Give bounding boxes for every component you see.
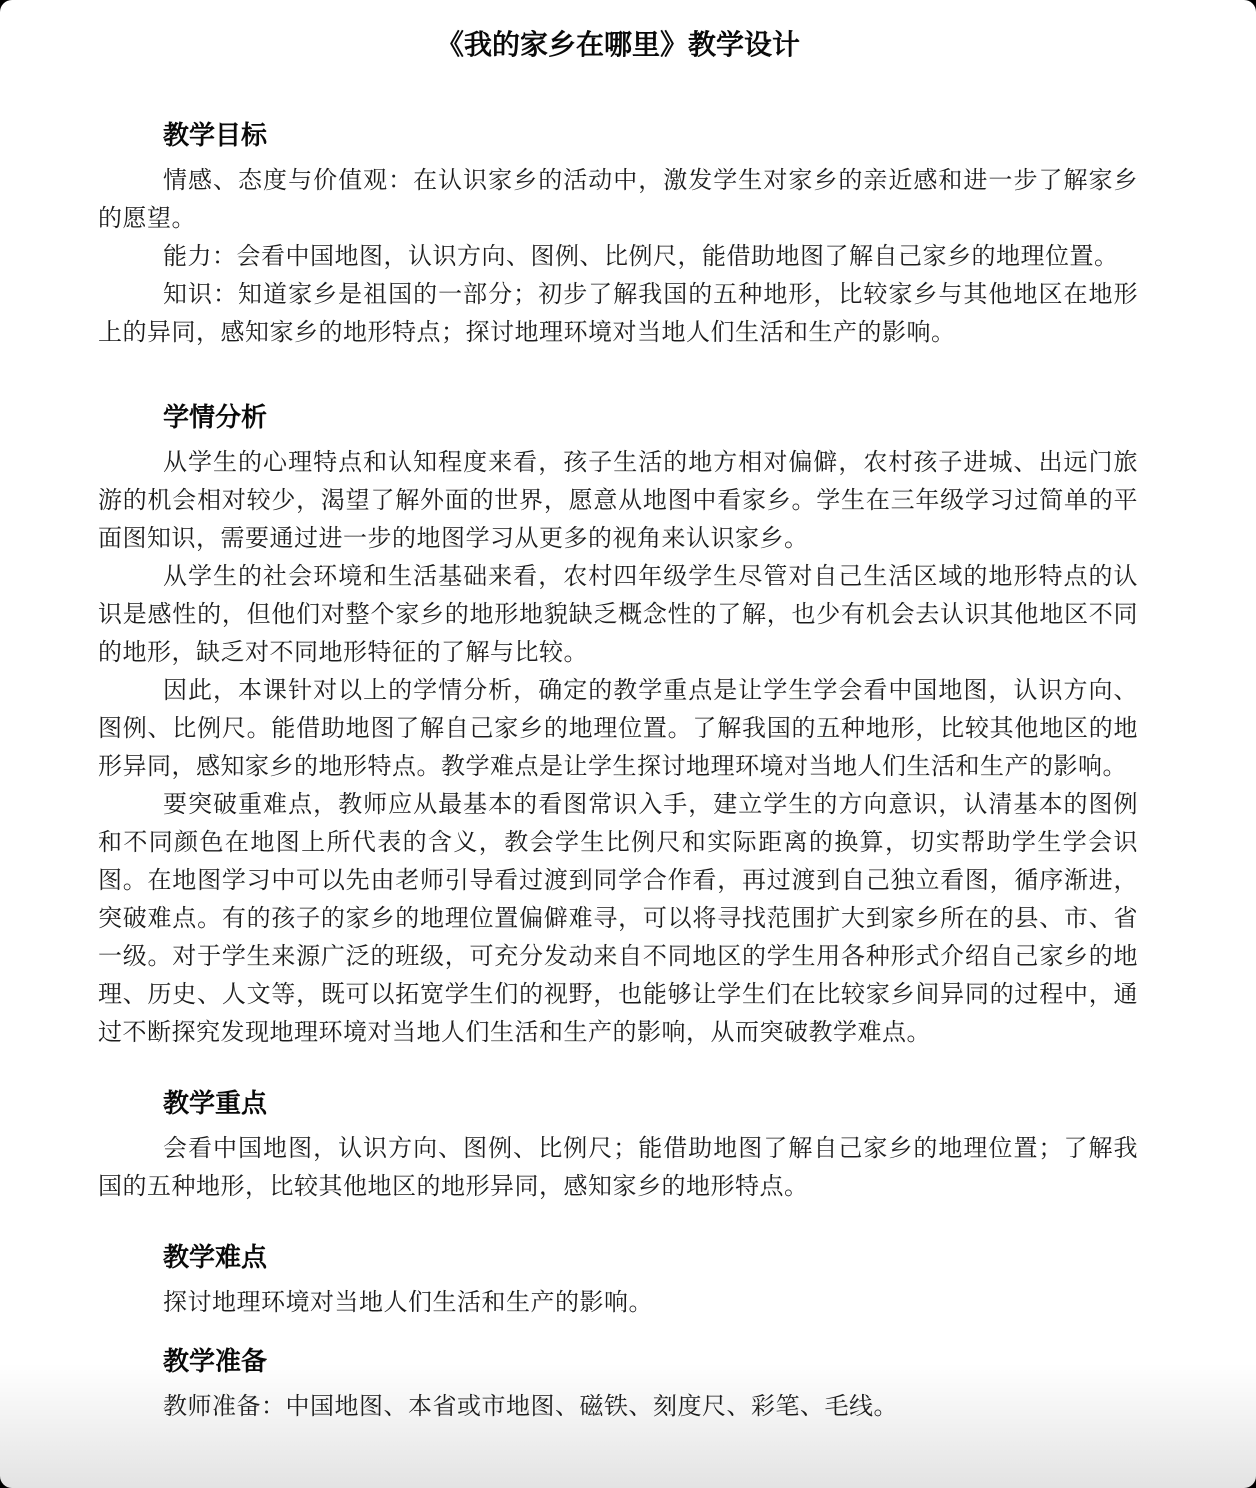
section-teaching-difficulties: 教学难点 探讨地理环境对当地人们生活和生产的影响。 [98,1238,1138,1322]
section-heading-teaching-key-points: 教学重点 [98,1084,1138,1122]
paragraph-key-points: 会看中国地图，认识方向、图例、比例尺；能借助地图了解自己家乡的地理位置；了解我国… [98,1130,1138,1206]
section-heading-learner-analysis: 学情分析 [98,398,1138,436]
document-title: 《我的家乡在哪里》教学设计 [98,26,1138,66]
section-teaching-objectives: 教学目标 情感、态度与价值观：在认识家乡的活动中，激发学生对家乡的亲近感和进一步… [98,116,1138,352]
section-heading-teaching-objectives: 教学目标 [98,116,1138,154]
paragraph-social-environment: 从学生的社会环境和生活基础来看，农村四年级学生尽管对自己生活区域的地形特点的认识… [98,558,1138,672]
paragraph-emotion-attitude-values: 情感、态度与价值观：在认识家乡的活动中，激发学生对家乡的亲近感和进一步了解家乡的… [98,162,1138,238]
paragraph-difficulties: 探讨地理环境对当地人们生活和生产的影响。 [98,1284,1138,1322]
document-page: 《我的家乡在哪里》教学设计 教学目标 情感、态度与价值观：在认识家乡的活动中，激… [0,0,1256,1488]
section-learner-analysis: 学情分析 从学生的心理特点和认知程度来看，孩子生活的地方相对偏僻，农村孩子进城、… [98,398,1138,1052]
section-heading-teaching-preparation: 教学准备 [98,1342,1138,1380]
paragraph-knowledge: 知识：知道家乡是祖国的一部分；初步了解我国的五种地形，比较家乡与其他地区在地形上… [98,276,1138,352]
paragraph-psychological-traits: 从学生的心理特点和认知程度来看，孩子生活的地方相对偏僻，农村孩子进城、出远门旅游… [98,444,1138,558]
paragraph-breakthrough-strategy: 要突破重难点，教师应从最基本的看图常识入手，建立学生的方向意识，认清基本的图例和… [98,786,1138,1052]
paragraph-teacher-preparation: 教师准备：中国地图、本省或市地图、磁铁、刻度尺、彩笔、毛线。 [98,1388,1138,1426]
section-teaching-key-points: 教学重点 会看中国地图，认识方向、图例、比例尺；能借助地图了解自己家乡的地理位置… [98,1084,1138,1206]
section-teaching-preparation: 教学准备 教师准备：中国地图、本省或市地图、磁铁、刻度尺、彩笔、毛线。 [98,1342,1138,1426]
paragraph-ability: 能力：会看中国地图，认识方向、图例、比例尺，能借助地图了解自己家乡的地理位置。 [98,238,1138,276]
paragraph-teaching-focus-determination: 因此，本课针对以上的学情分析，确定的教学重点是让学生学会看中国地图，认识方向、图… [98,672,1138,786]
section-heading-teaching-difficulties: 教学难点 [98,1238,1138,1276]
document-viewport: 《我的家乡在哪里》教学设计 教学目标 情感、态度与价值观：在认识家乡的活动中，激… [0,0,1256,1488]
